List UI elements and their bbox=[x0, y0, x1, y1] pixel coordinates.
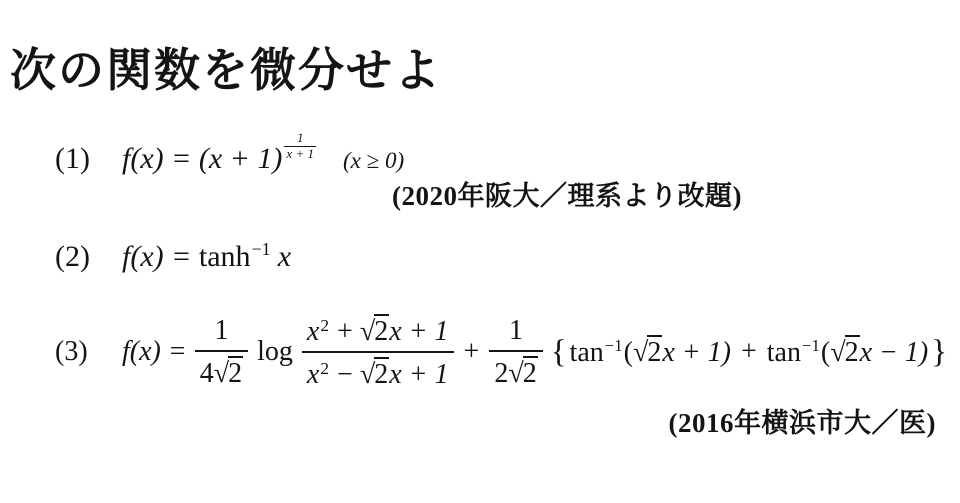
problem-1-row: (1)f(x) = (x + 1)1x + 1(x ≥ 0) bbox=[55, 131, 404, 176]
problem-3-number: (3) bbox=[55, 336, 122, 368]
coef1-den-integer: 4 bbox=[200, 358, 214, 389]
problem-2-lhs: f(x) = bbox=[122, 240, 199, 273]
middle-plus-operator: + bbox=[741, 336, 757, 368]
inverse-superscript: −1 bbox=[251, 239, 272, 259]
term2-tail: x − 1) bbox=[860, 337, 929, 368]
term1-radicand: 2 bbox=[647, 335, 662, 367]
den-x: x bbox=[307, 359, 319, 390]
tanh-function-name: tanh bbox=[199, 240, 251, 273]
num-tail: x + 1 bbox=[389, 316, 448, 347]
problem-2-argument: x bbox=[278, 240, 291, 273]
arctan-term-1: tan−1(√2x + 1) bbox=[570, 335, 731, 369]
term1-tail: x + 1) bbox=[662, 337, 731, 368]
problem-1-expression: f(x) = (x + 1) bbox=[122, 142, 282, 175]
exponent-denominator: x + 1 bbox=[284, 146, 316, 162]
coefficient-fraction-1: 14√2 bbox=[195, 315, 248, 389]
log-fraction-numerator: x2 + √2x + 1 bbox=[302, 314, 454, 350]
tan-function-name: tan bbox=[570, 337, 604, 368]
sqrt-icon: √ bbox=[360, 316, 375, 347]
sqrt-icon: √ bbox=[360, 359, 375, 390]
problem-2-number: (2) bbox=[55, 240, 122, 274]
term2-radicand: 2 bbox=[845, 335, 860, 367]
num-plus-operator: + bbox=[330, 316, 360, 347]
coef1-radicand: 2 bbox=[228, 356, 243, 388]
coef1-denominator: 4√2 bbox=[195, 350, 248, 389]
num-square-exponent: 2 bbox=[319, 316, 330, 335]
problem-3-source: (2016年横浜市大／医) bbox=[669, 401, 936, 440]
coef2-numerator: 1 bbox=[489, 315, 542, 349]
plus-operator: + bbox=[464, 336, 480, 368]
sqrt-icon: √ bbox=[633, 337, 648, 368]
exponent-numerator: 1 bbox=[284, 131, 316, 146]
den-square-exponent: 2 bbox=[319, 359, 330, 378]
sqrt-icon: √ bbox=[830, 337, 845, 368]
log-fraction-denominator: x2 − √2x + 1 bbox=[302, 351, 454, 390]
arctan-term-2: tan−1(√2x − 1) bbox=[767, 335, 928, 369]
problem-3-lhs: f(x) = bbox=[122, 336, 187, 368]
problem-1-domain-condition: (x ≥ 0) bbox=[343, 148, 404, 173]
left-brace: { bbox=[551, 336, 567, 369]
tan-function-name: tan bbox=[767, 337, 801, 368]
problem-1-number: (1) bbox=[55, 142, 122, 176]
log-operator: log bbox=[257, 336, 293, 368]
log-argument-fraction: x2 + √2x + 1x2 − √2x + 1 bbox=[302, 314, 454, 390]
term2-open-paren: ( bbox=[821, 337, 830, 368]
exponent-fraction: 1x + 1 bbox=[284, 131, 316, 162]
den-minus-operator: − bbox=[330, 359, 360, 390]
den-radicand: 2 bbox=[374, 357, 389, 389]
sqrt-icon: √ bbox=[508, 358, 523, 389]
inverse-superscript: −1 bbox=[604, 336, 624, 355]
coef2-radicand: 2 bbox=[523, 356, 538, 388]
coef1-numerator: 1 bbox=[195, 315, 248, 349]
inverse-superscript: −1 bbox=[801, 336, 821, 355]
coef2-denominator: 2√2 bbox=[489, 350, 542, 389]
num-x: x bbox=[307, 316, 319, 347]
right-brace: } bbox=[931, 336, 947, 369]
coefficient-fraction-2: 12√2 bbox=[489, 315, 542, 389]
problem-2-row: (2)f(x) = tanh−1x bbox=[55, 240, 291, 274]
coef2-den-integer: 2 bbox=[494, 358, 508, 389]
problem-1-source: (2020年阪大／理系より改題) bbox=[392, 174, 742, 213]
term1-open-paren: ( bbox=[624, 337, 633, 368]
sqrt-icon: √ bbox=[214, 358, 229, 389]
page-title: 次の関数を微分せよ bbox=[10, 34, 442, 100]
den-tail: x + 1 bbox=[389, 359, 448, 390]
num-radicand: 2 bbox=[374, 314, 389, 346]
problem-3-row: (3) f(x) = 14√2 log x2 + √2x + 1x2 − √2x… bbox=[55, 300, 950, 404]
